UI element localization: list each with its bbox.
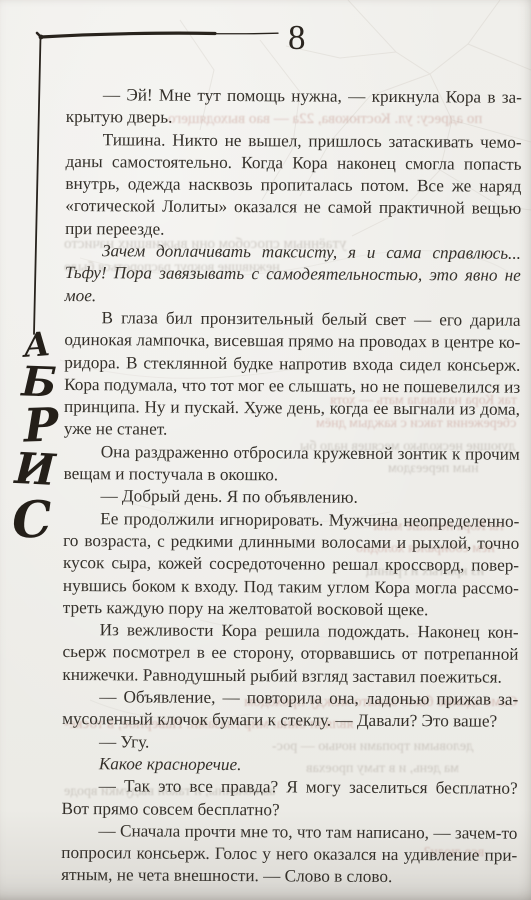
- page-number: 8: [288, 20, 306, 56]
- vertical-book-title: АБРИС: [8, 327, 56, 547]
- body-text: — Эй! Мне тут помощь нужна, — крикнула К…: [61, 84, 522, 889]
- paragraph-13: — Сначала прочти мне то, что там написан…: [61, 820, 517, 890]
- paragraph-4: В глаза бил пронзительный белый свет — е…: [64, 307, 521, 444]
- book-page-scan: по адресу: ул. Костюкова, 22а — вао выхо…: [0, 0, 531, 900]
- title-letter-4: И: [10, 447, 60, 493]
- paragraph-3: Зачем доплачивать таксисту, я и сама спр…: [65, 240, 521, 310]
- paragraph-2: Тишина. Никто не вышел, пришлось затаски…: [65, 129, 522, 243]
- paragraph-7: Ее продолжили игнорировать. Мужчина неоп…: [63, 508, 520, 622]
- paragraph-1: — Эй! Мне тут помощь нужна, — крикнула К…: [66, 84, 522, 131]
- paragraph-10: — Угу.: [62, 731, 518, 756]
- paragraph-11: Какое красноречие.: [62, 753, 518, 778]
- paragraph-5: Она раздраженно отбросила кружевной зонт…: [64, 441, 520, 488]
- paragraph-8: Из вежливости Кора решила подождать. Нак…: [62, 619, 518, 689]
- paragraph-12: — Так это все правда? Я могу заселиться …: [62, 775, 518, 822]
- paragraph-9: — Объявление, — повторила она, ладонью п…: [62, 686, 518, 733]
- paragraph-6: — Добрый день. Я по объявлению.: [63, 485, 519, 510]
- title-letter-5: С: [7, 491, 58, 548]
- title-letter-3: Р: [16, 402, 66, 449]
